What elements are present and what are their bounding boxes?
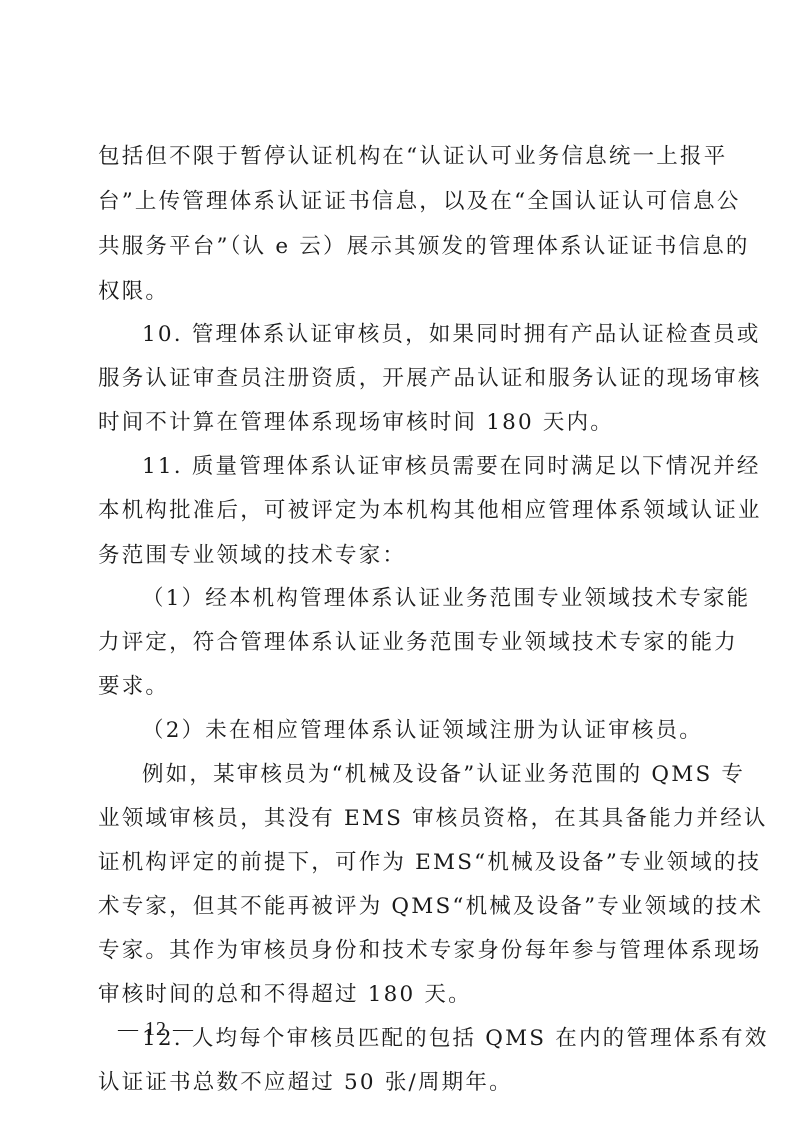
example-paragraph: 例如，某审核员为“机械及设备”认证业务范围的 QMS 专 [142,760,745,790]
text-line: 证机构评定的前提下，可作为 EMS“机械及设备”专业领域的技 [98,848,761,878]
text-line: 时间不计算在管理体系现场审核时间 180 天内。 [98,408,614,438]
page-number: — 12 — [118,1014,194,1044]
subitem-2: （2）未在相应管理体系认证领域注册为认证审核员。 [142,716,703,746]
text-line: 共服务平台”（认 e 云）展示其颁发的管理体系认证证书信息的 [98,232,750,262]
item-12-heading: 12. 人均每个审核员匹配的包括 QMS 在内的管理体系有效 [142,1024,769,1054]
subitem-1: （1）经本机构管理体系认证业务范围专业领域技术专家能 [142,584,750,614]
text-line: 服务认证审查员注册资质，开展产品认证和服务认证的现场审核 [98,364,762,394]
text-line: 权限。 [98,277,169,307]
text-line: 包括但不限于暂停认证机构在“认证认可业务信息统一上报平 [98,142,727,172]
text-line: 力评定，符合管理体系认证业务范围专业领域技术专家的能力 [98,628,738,658]
text-line: 专家。其作为审核员身份和技术专家身份每年参与管理体系现场 [98,936,762,966]
text-line: 本机构批准后，可被评定为本机构其他相应管理体系领域认证业 [98,496,762,526]
text-line: 认证证书总数不应超过 50 张/周期年。 [98,1068,513,1098]
text-line: 要求。 [98,672,169,702]
item-11-heading: 11. 质量管理体系认证审核员需要在同时满足以下情况并经 [142,452,761,482]
text-line: 术专家，但其不能再被评为 QMS“机械及设备”专业领域的技术 [98,892,763,922]
item-10-heading: 10. 管理体系认证审核员，如果同时拥有产品认证检查员或 [142,320,761,350]
text-line: 台”上传管理体系认证证书信息，以及在“全国认证认可信息公 [98,187,741,217]
text-line: 务范围专业领域的技术专家： [98,541,406,571]
text-line: 审核时间的总和不得超过 180 天。 [98,980,472,1010]
text-line: 业领域审核员，其没有 EMS 审核员资格，在其具备能力并经认 [98,804,768,834]
